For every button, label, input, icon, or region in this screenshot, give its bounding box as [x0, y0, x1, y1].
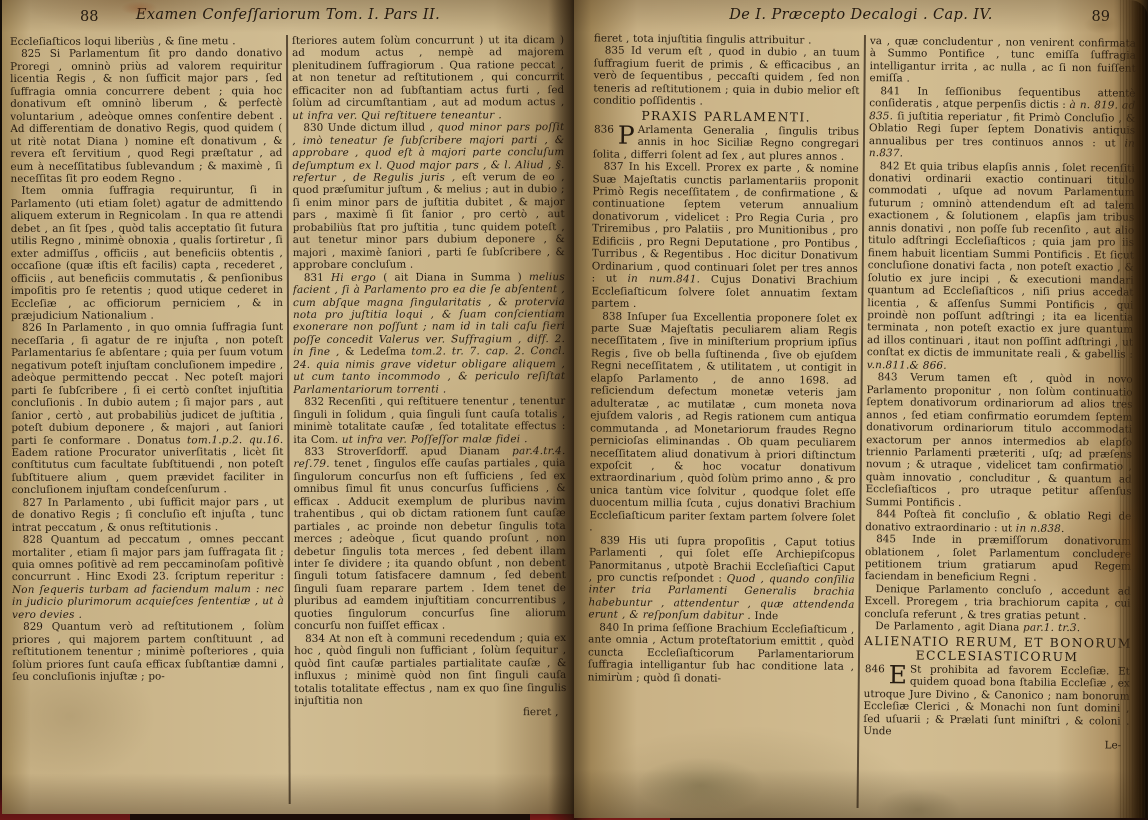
- paragraph: 843 Verum tamen eſt , quòd in novo Parla…: [865, 371, 1132, 511]
- paragraph: 844 Poſteà fit concluſio , & oblatio Reg…: [865, 508, 1131, 535]
- paragraph: 832 Recenſiti , qui reſtituere tenentur …: [293, 395, 565, 446]
- paragraph: 827 In Parlamento , ubi ſufficit major p…: [12, 496, 284, 534]
- paragraph: 835 Id verum eſt , quod in dubio , an tu…: [593, 45, 860, 110]
- paragraph: Denique Parlamento concluſo , accedunt a…: [864, 583, 1130, 623]
- page-left-column-2: ſteriores autem ſolùm concurrunt ) ut it…: [292, 34, 567, 808]
- paragraph: 838 Inſuper ſua Excellentia proponere ſo…: [589, 310, 857, 537]
- page-left-column-1: Eccleſiaſticos loqui liberiùs , & ſine m…: [10, 35, 285, 809]
- running-title-right: De I. Præcepto Decalogi . Cap. IV.: [574, 7, 1148, 23]
- paragraph-number: 836: [594, 123, 614, 136]
- paragraph: 839 His uti ſupra propoſitis , Caput tot…: [588, 534, 855, 624]
- page-fore-edge: [1118, 0, 1148, 818]
- page-number-left: 88: [80, 9, 98, 25]
- paragraph: 836PArlamenta Generalia , ſingulis tribu…: [593, 123, 859, 163]
- paragraph: 845 Inde in præmiſſorum donativorum obla…: [865, 533, 1131, 585]
- text-area-left: Eccleſiaſticos loqui liberiùs , & ſine m…: [2, 32, 574, 811]
- paragraph: 837 In his Excell. Prorex ex parte , & n…: [591, 161, 858, 313]
- page-right-column-1: fieret , tota injuſtitia ſingulis attrib…: [587, 32, 860, 812]
- paragraph: De Parlamento , agit Diana par.1. tr.3.: [864, 620, 1130, 635]
- paragraph: Eccleſiaſticos loqui liberiùs , & ſine m…: [10, 35, 282, 48]
- book-spread-photo: { "colors": { "paper": "#d0bc92", "paper…: [0, 0, 1148, 820]
- catchword: Le-: [863, 738, 1129, 753]
- paragraph: 825 Si Parlamentum ſit pro dando donativ…: [10, 47, 282, 185]
- page-right: De I. Præcepto Decalogi . Cap. IV. 89 fi…: [574, 0, 1148, 818]
- running-header-left: 88 Examen Confeſſariorum Tom. I. Pars II…: [2, 7, 574, 31]
- paragraph: Item omnia ſuffragia requiruntur, ſi in …: [11, 184, 283, 322]
- page-right-column-2: va , quæ concludentur , non venirent con…: [863, 35, 1136, 815]
- paragraph: 834 At non eſt à communi recedendum ; qu…: [294, 632, 566, 708]
- catchword: fieret ,: [294, 707, 566, 720]
- running-header-right: De I. Præcepto Decalogi . Cap. IV. 89: [574, 7, 1148, 31]
- paragraph: 831 Hi ergo ( ait Diana in Summa ) meliu…: [293, 271, 565, 396]
- paragraph: ſteriores autem ſolùm concurrunt ) ut it…: [292, 34, 564, 122]
- paragraph: 829 Quantum verò ad reſtitutionem , ſolù…: [12, 620, 284, 683]
- paragraph: 842 Et quia tribus elapſis annis , ſolet…: [867, 160, 1135, 374]
- paragraph: 830 Unde dictum illud , quod minor pars …: [292, 121, 565, 271]
- paragraph-number: 846: [865, 663, 885, 676]
- text-area-right: fieret , tota injuſtitia ſingulis attrib…: [574, 30, 1148, 816]
- paragraph: 828 Quantum ad peccatum , omnes peccant …: [12, 533, 284, 621]
- page-number-right: 89: [1092, 9, 1110, 25]
- paragraph: va , quæ concludentur , non venirent con…: [870, 35, 1136, 87]
- paragraph: 833 Stroverſdorff. apud Dianam par.4.tr.…: [293, 445, 566, 633]
- paragraph: 840 In prima ſeſſione Brachium Eccleſiaſ…: [588, 621, 855, 686]
- column-rule: [286, 35, 290, 804]
- drop-cap: E: [888, 663, 910, 686]
- drop-cap: P: [617, 123, 638, 146]
- page-left: 88 Examen Confeſſariorum Tom. I. Pars II…: [2, 0, 574, 814]
- paragraph: 826 In Parlamento , in quo omnia ſuffrag…: [11, 321, 284, 496]
- paragraph: 841 In ſeſſionibus ſequentibus attentè c…: [869, 85, 1136, 162]
- paragraph: 846ESt prohibita ad favorem Eccleſiæ. Et…: [863, 663, 1130, 740]
